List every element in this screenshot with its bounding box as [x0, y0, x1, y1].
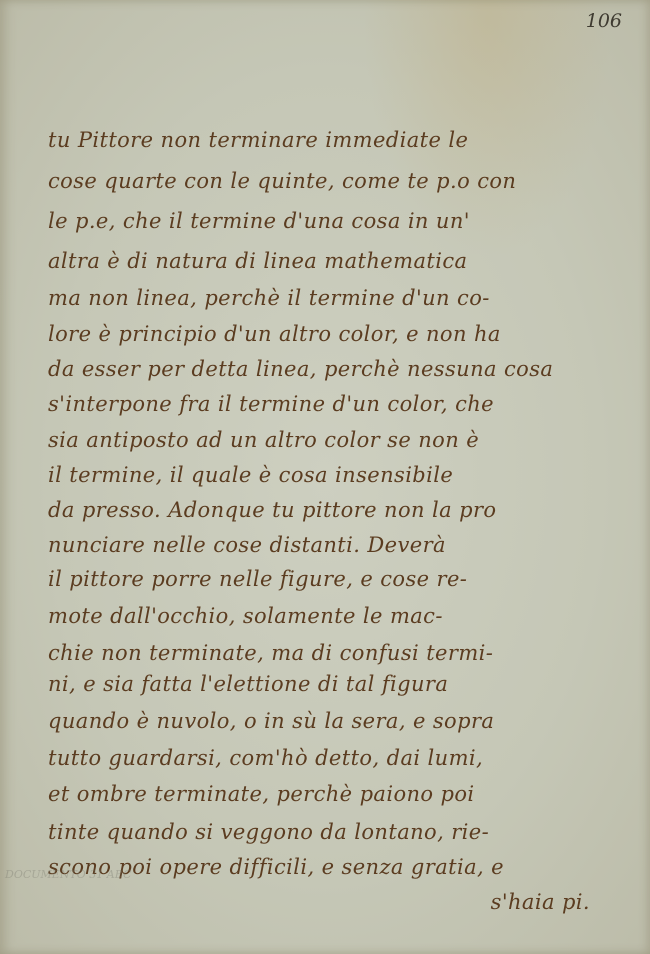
text-line: tu Pittore non terminare immediate le — [48, 128, 468, 152]
text-line: s'interpone fra il termine d'un color, c… — [48, 392, 494, 416]
folio-number: 106 — [586, 10, 622, 32]
manuscript-page: 106 tu Pittore non terminare immediate l… — [0, 0, 650, 954]
text-line: le p.e, che il termine d'una cosa in un' — [48, 209, 470, 233]
text-line: nunciare nelle cose distanti. Deverà — [48, 533, 446, 557]
text-line: il pittore porre nelle figure, e cose re… — [48, 567, 467, 591]
text-line: tinte quando si veggono da lontano, rie- — [48, 820, 489, 844]
text-line: chie non terminate, ma di confusi termi- — [48, 641, 493, 665]
text-line: ma non linea, perchè il termine d'un co- — [48, 286, 490, 310]
text-line: sia antiposto ad un altro color se non è — [48, 428, 479, 452]
catchword: s'haia pi. — [491, 890, 590, 914]
text-line: tutto guardarsi, com'hò detto, dai lumi, — [48, 746, 483, 770]
text-line: et ombre terminate, perchè paiono poi — [48, 782, 475, 806]
text-line: cose quarte con le quinte, come te p.o c… — [48, 169, 516, 193]
text-line: il termine, il quale è cosa insensibile — [48, 463, 453, 487]
text-line: ni, e sia fatta l'elettione di tal figur… — [48, 672, 448, 696]
bleed-through-text: DOCUMENTO 31 ABC — [5, 868, 131, 881]
text-line: altra è di natura di linea mathematica — [48, 249, 467, 273]
text-line: da esser per detta linea, perchè nessuna… — [48, 357, 553, 381]
text-line: mote dall'occhio, solamente le mac- — [48, 604, 443, 628]
text-line: da presso. Adonque tu pittore non la pro — [48, 498, 496, 522]
text-line: quando è nuvolo, o in sù la sera, e sopr… — [48, 709, 494, 733]
text-line: lore è principio d'un altro color, e non… — [48, 322, 501, 346]
